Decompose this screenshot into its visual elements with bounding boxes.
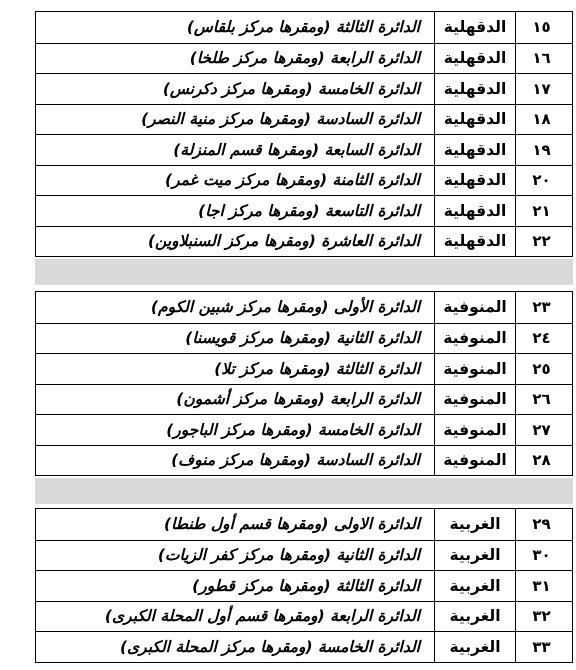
governorate-cell: الدقهلية: [434, 105, 516, 135]
district-cell: الدائرة السابعة (ومقرها قسم المنزلة): [36, 135, 434, 165]
row-number-cell: ٣٢: [516, 602, 572, 632]
table-row: ١٨ الدقهلية الدائرة السادسة (ومقرها مركز…: [36, 104, 572, 135]
table-row: ٢٦ المنوفية الدائرة الرابعة (ومقرها مركز…: [36, 384, 572, 415]
document-page: { "colors": { "page_background": "#fffff…: [0, 0, 576, 670]
governorate-cell: المنوفية: [434, 415, 516, 445]
governorate-cell: الدقهلية: [434, 12, 516, 43]
row-number-cell: ٢٥: [516, 354, 572, 384]
row-number-cell: ٢٧: [516, 415, 572, 445]
district-cell: الدائرة الأولى (ومقرها مركز شبين الكوم): [36, 292, 434, 323]
governorate-section: ٢٣ المنوفية الدائرة الأولى (ومقرها مركز …: [35, 291, 573, 476]
governorate-cell: الغربية: [434, 509, 516, 540]
governorate-cell: الدقهلية: [434, 44, 516, 74]
table-row: ٢٩ الغربية الدائرة الاولى (ومقرها قسم أو…: [36, 509, 572, 540]
district-cell: الدائرة الثانية (ومقرها مركز قويسنا): [36, 324, 434, 354]
district-cell: الدائرة الرابعة (ومقرها مركز طلخا): [36, 44, 434, 74]
table-row: ٢٧ المنوفية الدائرة الخامسة (ومقرها مركز…: [36, 414, 572, 445]
district-cell: الدائرة الثالثة (ومقرها مركز بلقاس): [36, 12, 434, 43]
governorate-section: ١٥ الدقهلية الدائرة الثالثة (ومقرها مركز…: [35, 11, 573, 257]
governorate-cell: الدقهلية: [434, 196, 516, 226]
district-cell: الدائرة الخامسة (ومقرها مركز دكرنس): [36, 74, 434, 104]
governorate-cell: الغربية: [434, 632, 516, 662]
row-number-cell: ٢٦: [516, 385, 572, 415]
table-row: ٣١ الغربية الدائرة الثالثة (ومقرها مركز …: [36, 570, 572, 601]
district-cell: الدائرة الاولى (ومقرها قسم أول طنطا): [36, 509, 434, 540]
table-row: ٢٢ الدقهلية الدائرة العاشرة (ومقرها مركز…: [36, 226, 572, 257]
table-row: ٢٠ الدقهلية الدائرة الثامنة (ومقرها مركز…: [36, 165, 572, 196]
district-cell: الدائرة العاشرة (ومقرها مركز السنبلاوين): [36, 227, 434, 257]
row-number-cell: ٢٠: [516, 166, 572, 196]
table-row: ٣٠ الغربية الدائرة الثانية (ومقرها مركز …: [36, 540, 572, 571]
row-number-cell: ٢٨: [516, 446, 572, 476]
table-row: ١٩ الدقهلية الدائرة السابعة (ومقرها قسم …: [36, 134, 572, 165]
governorate-cell: المنوفية: [434, 324, 516, 354]
row-number-cell: ١٥: [516, 12, 572, 43]
governorate-cell: الدقهلية: [434, 74, 516, 104]
row-number-cell: ٢٣: [516, 292, 572, 323]
district-cell: الدائرة الرابعة (ومقرها مركز أشمون): [36, 385, 434, 415]
table-row: ٢٨ المنوفية الدائرة السادسة (ومقرها مركز…: [36, 445, 572, 476]
row-number-cell: ٢٩: [516, 509, 572, 540]
district-cell: الدائرة الثالثة (ومقرها مركز تلا): [36, 354, 434, 384]
governorate-cell: المنوفية: [434, 354, 516, 384]
row-number-cell: ١٧: [516, 74, 572, 104]
table-row: ١٥ الدقهلية الدائرة الثالثة (ومقرها مركز…: [36, 12, 572, 43]
governorate-cell: المنوفية: [434, 292, 516, 323]
governorate-cell: الغربية: [434, 602, 516, 632]
table-row: ٢١ الدقهلية الدائرة التاسعة (ومقرها مركز…: [36, 195, 572, 226]
row-number-cell: ١٩: [516, 135, 572, 165]
row-number-cell: ٣٣: [516, 632, 572, 662]
row-number-cell: ٢٢: [516, 227, 572, 257]
table-row: ٢٥ المنوفية الدائرة الثالثة (ومقرها مركز…: [36, 353, 572, 384]
governorate-section: ٢٩ الغربية الدائرة الاولى (ومقرها قسم أو…: [35, 508, 573, 663]
governorate-cell: الدقهلية: [434, 135, 516, 165]
governorate-cell: المنوفية: [434, 385, 516, 415]
district-cell: الدائرة الثالثة (ومقرها مركز قطور): [36, 571, 434, 601]
district-cell: الدائرة السادسة (ومقرها مركز منية النصر): [36, 105, 434, 135]
district-cell: الدائرة الخامسة (ومقرها مركز المحلة الكب…: [36, 632, 434, 662]
district-cell: الدائرة الثامنة (ومقرها مركز ميت غمر): [36, 166, 434, 196]
governorate-cell: الدقهلية: [434, 166, 516, 196]
district-cell: الدائرة الرابعة (ومقرها قسم أول المحلة ا…: [36, 602, 434, 632]
governorate-cell: الدقهلية: [434, 227, 516, 257]
row-number-cell: ١٦: [516, 44, 572, 74]
governorate-cell: الغربية: [434, 571, 516, 601]
table-row: ٢٤ المنوفية الدائرة الثانية (ومقرها مركز…: [36, 323, 572, 354]
table-row: ١٧ الدقهلية الدائرة الخامسة (ومقرها مركز…: [36, 73, 572, 104]
table-row: ٣٢ الغربية الدائرة الرابعة (ومقرها قسم أ…: [36, 601, 572, 632]
row-number-cell: ٢٤: [516, 324, 572, 354]
row-number-cell: ٣٠: [516, 541, 572, 571]
table-row: ٢٣ المنوفية الدائرة الأولى (ومقرها مركز …: [36, 292, 572, 323]
district-cell: الدائرة السادسة (ومقرها مركز منوف): [36, 446, 434, 476]
table-row: ١٦ الدقهلية الدائرة الرابعة (ومقرها مركز…: [36, 43, 572, 74]
district-cell: الدائرة الثانية (ومقرها مركز كفر الزيات): [36, 541, 434, 571]
table-row: ٣٣ الغربية الدائرة الخامسة (ومقرها مركز …: [36, 631, 572, 662]
governorate-cell: الغربية: [434, 541, 516, 571]
row-number-cell: ١٨: [516, 105, 572, 135]
district-cell: الدائرة التاسعة (ومقرها مركز اجا): [36, 196, 434, 226]
row-number-cell: ٣١: [516, 571, 572, 601]
section-separator-band: [35, 478, 573, 504]
governorate-cell: المنوفية: [434, 446, 516, 476]
district-cell: الدائرة الخامسة (ومقرها مركز الباجور): [36, 415, 434, 445]
section-separator-band: [35, 259, 573, 285]
districts-table: ١٥ الدقهلية الدائرة الثالثة (ومقرها مركز…: [35, 11, 573, 663]
row-number-cell: ٢١: [516, 196, 572, 226]
